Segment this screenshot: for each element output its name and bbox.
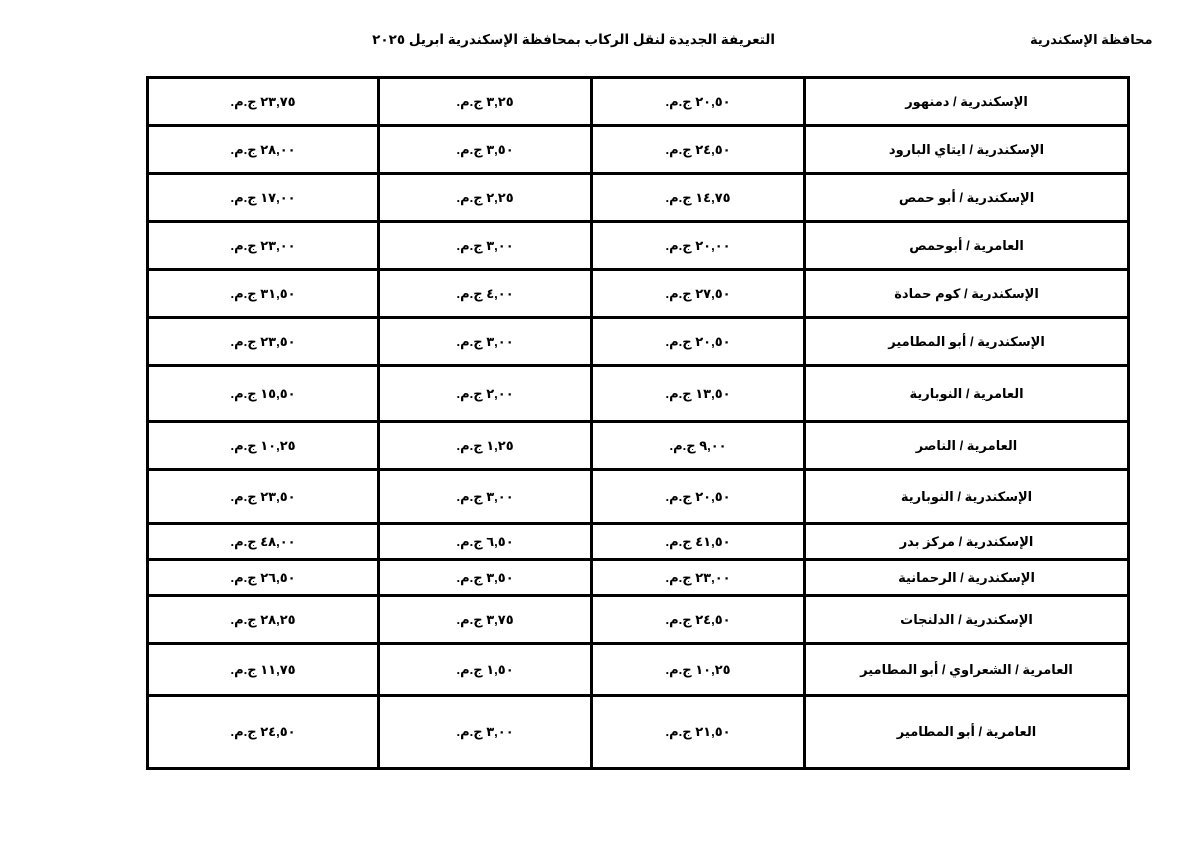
fare-cell: ٢٠,٠٠ ج.م. (592, 222, 805, 270)
total-cell-text: ٤٨,٠٠ ج.م. (231, 534, 296, 549)
increase-cell: ٤,٠٠ ج.م. (379, 270, 592, 318)
fare-cell: ٢١,٥٠ ج.م. (592, 696, 805, 769)
fare-cell: ٢٠,٥٠ ج.م. (592, 318, 805, 366)
total-cell: ٢٦,٥٠ ج.م. (148, 560, 379, 596)
total-cell-text: ١٠,٢٥ ج.م. (231, 438, 296, 453)
increase-cell-text: ١,٥٠ ج.م. (457, 662, 514, 677)
route-cell: الإسكندرية / الرحمانية (805, 560, 1129, 596)
fare-cell-text: ١٤,٧٥ ج.م. (666, 190, 731, 205)
route-cell-text: العامرية / الناصر (916, 438, 1017, 453)
increase-cell: ٣,٥٠ ج.م. (379, 560, 592, 596)
increase-cell-text: ٣,٠٠ ج.م. (457, 724, 514, 739)
total-cell: ١٥,٥٠ ج.م. (148, 366, 379, 422)
route-cell: الإسكندرية / الدلنجات (805, 596, 1129, 644)
route-cell: الإسكندرية / أبو حمص (805, 174, 1129, 222)
increase-cell: ١,٢٥ ج.م. (379, 422, 592, 470)
route-cell-text: الإسكندرية / أبو المطامير (888, 334, 1045, 349)
increase-cell: ٣,٢٥ ج.م. (379, 78, 592, 126)
total-cell-text: ١١,٧٥ ج.م. (231, 662, 296, 677)
table-row: الإسكندرية / مركز بدر٤١,٥٠ ج.م.٦,٥٠ ج.م.… (148, 524, 1129, 560)
increase-cell-text: ٣,٧٥ ج.م. (457, 612, 514, 627)
fare-table: الإسكندرية / دمنهور٢٠,٥٠ ج.م.٣,٢٥ ج.م.٢٣… (146, 76, 1130, 770)
governorate-label: محافظة الإسكندرية (1030, 32, 1153, 48)
table-row: الإسكندرية / النوبارية٢٠,٥٠ ج.م.٣,٠٠ ج.م… (148, 470, 1129, 524)
total-cell-text: ٢٨,٢٥ ج.م. (231, 612, 296, 627)
route-cell-text: الإسكندرية / ايتاي البارود (889, 142, 1044, 157)
increase-cell: ٣,٠٠ ج.م. (379, 696, 592, 769)
table-row: الإسكندرية / أبو حمص١٤,٧٥ ج.م.٢,٢٥ ج.م.١… (148, 174, 1129, 222)
table-row: العامرية / الناصر٩,٠٠ ج.م.١,٢٥ ج.م.١٠,٢٥… (148, 422, 1129, 470)
total-cell-text: ٢٨,٠٠ ج.م. (231, 142, 296, 157)
total-cell: ٢٤,٥٠ ج.م. (148, 696, 379, 769)
total-cell-text: ٣١,٥٠ ج.م. (231, 286, 296, 301)
increase-cell-text: ٣,٥٠ ج.م. (457, 142, 514, 157)
total-cell: ٢٨,٠٠ ج.م. (148, 126, 379, 174)
total-cell: ٣١,٥٠ ج.م. (148, 270, 379, 318)
fare-cell-text: ٢٠,٥٠ ج.م. (666, 94, 731, 109)
route-cell-text: العامرية / أبوحمص (909, 238, 1024, 253)
fare-cell-text: ٢٤,٥٠ ج.م. (666, 142, 731, 157)
route-cell-text: العامرية / أبو المطامير (897, 724, 1036, 739)
increase-cell-text: ٣,٠٠ ج.م. (457, 489, 514, 504)
increase-cell: ١,٥٠ ج.م. (379, 644, 592, 696)
fare-cell: ١٣,٥٠ ج.م. (592, 366, 805, 422)
total-cell: ٢٣,٧٥ ج.م. (148, 78, 379, 126)
total-cell-text: ٢٣,٥٠ ج.م. (231, 489, 296, 504)
route-cell: العامرية / أبوحمص (805, 222, 1129, 270)
fare-cell-text: ٢٣,٠٠ ج.م. (666, 570, 731, 585)
table-row: الإسكندرية / دمنهور٢٠,٥٠ ج.م.٣,٢٥ ج.م.٢٣… (148, 78, 1129, 126)
fare-cell: ٤١,٥٠ ج.م. (592, 524, 805, 560)
increase-cell-text: ٤,٠٠ ج.م. (457, 286, 514, 301)
increase-cell: ٣,٠٠ ج.م. (379, 470, 592, 524)
table-row: العامرية / أبوحمص٢٠,٠٠ ج.م.٣,٠٠ ج.م.٢٣,٠… (148, 222, 1129, 270)
fare-cell-text: ٤١,٥٠ ج.م. (666, 534, 731, 549)
increase-cell-text: ٣,٥٠ ج.م. (457, 570, 514, 585)
fare-cell-text: ٢٠,٥٠ ج.م. (666, 489, 731, 504)
route-cell-text: العامرية / الشعراوي / أبو المطامير (860, 662, 1073, 677)
total-cell-text: ٢٣,٥٠ ج.م. (231, 334, 296, 349)
fare-cell: ٢٠,٥٠ ج.م. (592, 78, 805, 126)
increase-cell: ٦,٥٠ ج.م. (379, 524, 592, 560)
fare-cell: ٩,٠٠ ج.م. (592, 422, 805, 470)
total-cell: ٢٨,٢٥ ج.م. (148, 596, 379, 644)
route-cell-text: الإسكندرية / الرحمانية (898, 570, 1035, 585)
total-cell: ٢٣,٥٠ ج.م. (148, 470, 379, 524)
fare-cell-text: ٢٧,٥٠ ج.م. (666, 286, 731, 301)
increase-cell: ٣,٧٥ ج.م. (379, 596, 592, 644)
fare-cell: ١٠,٢٥ ج.م. (592, 644, 805, 696)
increase-cell: ٢,٢٥ ج.م. (379, 174, 592, 222)
total-cell-text: ١٥,٥٠ ج.م. (231, 386, 296, 401)
fare-cell: ١٤,٧٥ ج.م. (592, 174, 805, 222)
fare-cell: ٢٤,٥٠ ج.م. (592, 126, 805, 174)
route-cell: العامرية / أبو المطامير (805, 696, 1129, 769)
table-row: العامرية / النوبارية١٣,٥٠ ج.م.٢,٠٠ ج.م.١… (148, 366, 1129, 422)
table-row: الإسكندرية / الدلنجات٢٤,٥٠ ج.م.٣,٧٥ ج.م.… (148, 596, 1129, 644)
route-cell-text: الإسكندرية / كوم حمادة (894, 286, 1039, 301)
fare-cell: ٢٣,٠٠ ج.م. (592, 560, 805, 596)
fare-cell-text: ٢٤,٥٠ ج.م. (666, 612, 731, 627)
total-cell-text: ٢٤,٥٠ ج.م. (231, 724, 296, 739)
increase-cell-text: ٣,٠٠ ج.م. (457, 334, 514, 349)
total-cell-text: ٢٦,٥٠ ج.م. (231, 570, 296, 585)
route-cell: الإسكندرية / النوبارية (805, 470, 1129, 524)
increase-cell: ٢,٠٠ ج.م. (379, 366, 592, 422)
total-cell: ٢٣,٠٠ ج.م. (148, 222, 379, 270)
route-cell-text: الإسكندرية / أبو حمص (899, 190, 1034, 205)
fare-cell: ٢٠,٥٠ ج.م. (592, 470, 805, 524)
fare-cell: ٢٧,٥٠ ج.م. (592, 270, 805, 318)
fare-cell-text: ٩,٠٠ ج.م. (669, 438, 726, 453)
route-cell: الإسكندرية / أبو المطامير (805, 318, 1129, 366)
route-cell: العامرية / الناصر (805, 422, 1129, 470)
total-cell: ٤٨,٠٠ ج.م. (148, 524, 379, 560)
total-cell-text: ٢٣,٠٠ ج.م. (231, 238, 296, 253)
fare-table-body: الإسكندرية / دمنهور٢٠,٥٠ ج.م.٣,٢٥ ج.م.٢٣… (148, 78, 1129, 769)
increase-cell-text: ٢,٠٠ ج.م. (457, 386, 514, 401)
increase-cell-text: ٢,٢٥ ج.م. (457, 190, 514, 205)
increase-cell: ٣,٠٠ ج.م. (379, 222, 592, 270)
table-row: الإسكندرية / كوم حمادة٢٧,٥٠ ج.م.٤,٠٠ ج.م… (148, 270, 1129, 318)
table-row: العامرية / أبو المطامير٢١,٥٠ ج.م.٣,٠٠ ج.… (148, 696, 1129, 769)
route-cell-text: الإسكندرية / دمنهور (905, 94, 1028, 109)
table-row: الإسكندرية / ايتاي البارود٢٤,٥٠ ج.م.٣,٥٠… (148, 126, 1129, 174)
route-cell-text: الإسكندرية / مركز بدر (900, 534, 1034, 549)
increase-cell: ٣,٥٠ ج.م. (379, 126, 592, 174)
document-title: التعريفة الجديدة لنقل الركاب بمحافظة الإ… (425, 32, 775, 48)
route-cell: الإسكندرية / مركز بدر (805, 524, 1129, 560)
total-cell: ٢٣,٥٠ ج.م. (148, 318, 379, 366)
route-cell: الإسكندرية / ايتاي البارود (805, 126, 1129, 174)
table-row: العامرية / الشعراوي / أبو المطامير١٠,٢٥ … (148, 644, 1129, 696)
increase-cell-text: ٣,٢٥ ج.م. (457, 94, 514, 109)
route-cell-text: العامرية / النوبارية (909, 386, 1023, 401)
total-cell: ١١,٧٥ ج.م. (148, 644, 379, 696)
increase-cell-text: ١,٢٥ ج.م. (457, 438, 514, 453)
total-cell-text: ٢٣,٧٥ ج.م. (231, 94, 296, 109)
route-cell-text: الإسكندرية / النوبارية (901, 489, 1032, 504)
increase-cell-text: ٦,٥٠ ج.م. (457, 534, 514, 549)
route-cell: الإسكندرية / كوم حمادة (805, 270, 1129, 318)
fare-cell-text: ١٠,٢٥ ج.م. (666, 662, 731, 677)
fare-cell-text: ٢٠,٠٠ ج.م. (666, 238, 731, 253)
table-row: الإسكندرية / أبو المطامير٢٠,٥٠ ج.م.٣,٠٠ … (148, 318, 1129, 366)
route-cell-text: الإسكندرية / الدلنجات (900, 612, 1033, 627)
total-cell: ١٠,٢٥ ج.م. (148, 422, 379, 470)
fare-cell-text: ٢٠,٥٠ ج.م. (666, 334, 731, 349)
fare-cell-text: ٢١,٥٠ ج.م. (666, 724, 731, 739)
total-cell: ١٧,٠٠ ج.م. (148, 174, 379, 222)
fare-cell: ٢٤,٥٠ ج.م. (592, 596, 805, 644)
increase-cell: ٣,٠٠ ج.م. (379, 318, 592, 366)
fare-cell-text: ١٣,٥٠ ج.م. (666, 386, 731, 401)
route-cell: الإسكندرية / دمنهور (805, 78, 1129, 126)
route-cell: العامرية / النوبارية (805, 366, 1129, 422)
route-cell: العامرية / الشعراوي / أبو المطامير (805, 644, 1129, 696)
table-row: الإسكندرية / الرحمانية٢٣,٠٠ ج.م.٣,٥٠ ج.م… (148, 560, 1129, 596)
total-cell-text: ١٧,٠٠ ج.م. (231, 190, 296, 205)
increase-cell-text: ٣,٠٠ ج.م. (457, 238, 514, 253)
